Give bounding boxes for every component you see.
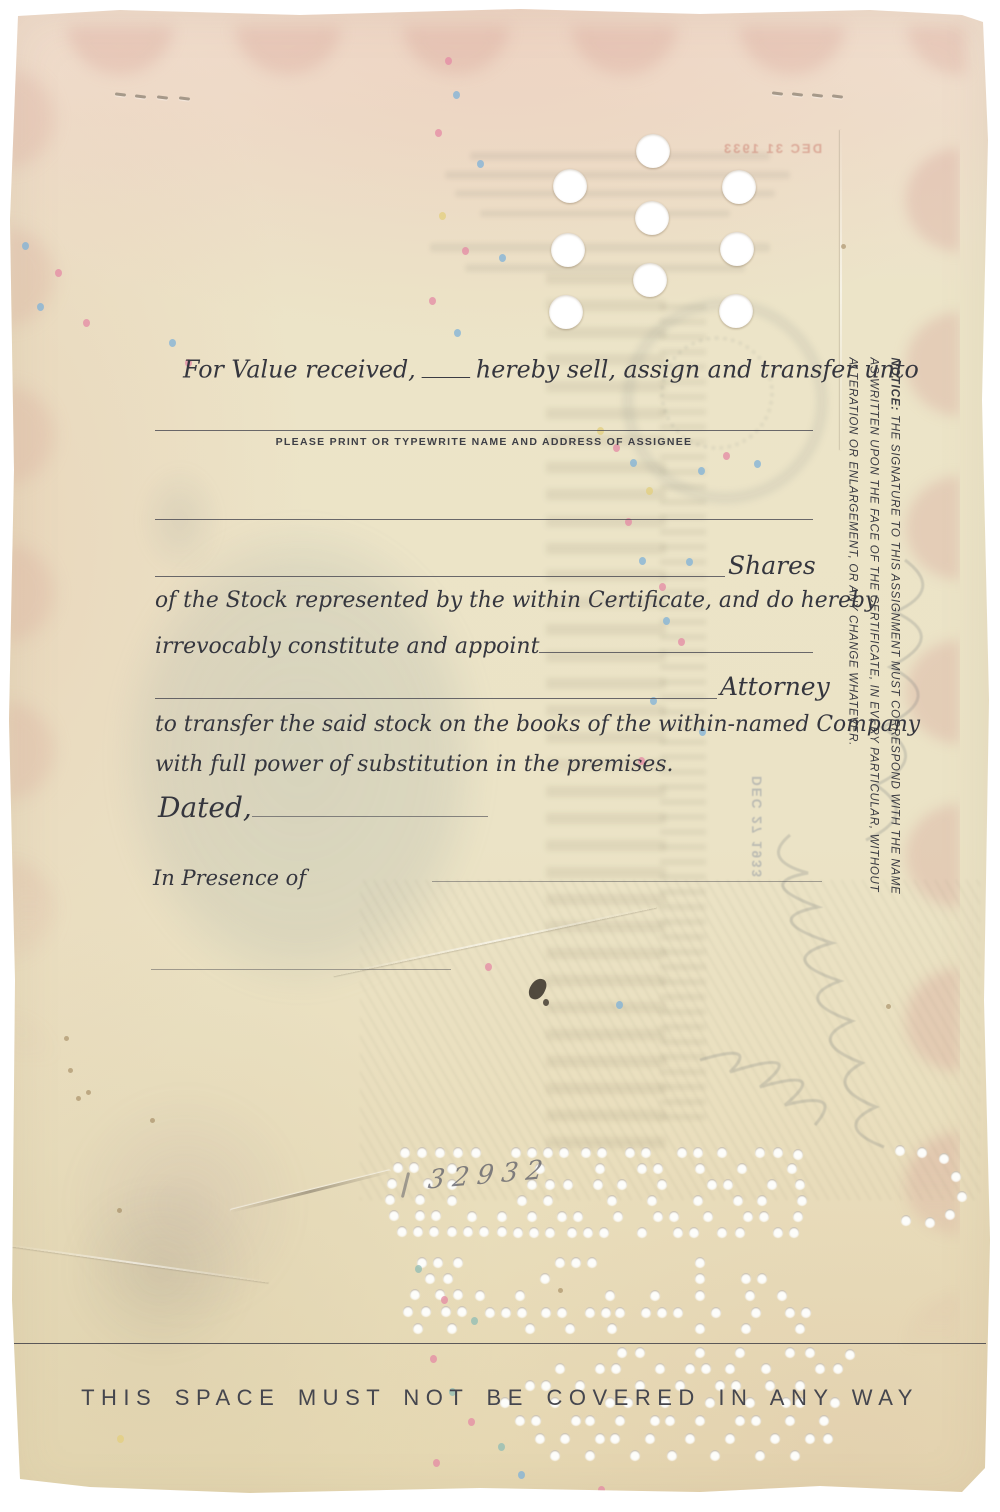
witness-label: In Presence of <box>153 866 306 890</box>
appoint-row: irrevocably constitute and appoint <box>155 630 813 659</box>
scanned-certificate-back: DEC 31 1933 DEC 27 1933 For Value receiv… <box>0 0 1000 1512</box>
certificate-paper: DEC 31 1933 DEC 27 1933 For Value receiv… <box>0 0 1000 1512</box>
ghost-date-stamp-top: DEC 31 1933 <box>722 141 822 156</box>
ghost-date-stamp-side: DEC 27 1933 <box>750 763 765 893</box>
assignee-caption: PLEASE PRINT OR TYPEWRITE NAME AND ADDRE… <box>155 436 813 448</box>
attorney-label: Attorney <box>720 672 830 701</box>
body-line-4: with full power of substitution in the p… <box>155 752 673 777</box>
footer-restriction: THIS SPACE MUST NOT BE COVERED IN ANY WA… <box>0 1385 1000 1411</box>
date-blank <box>252 788 488 817</box>
assignee-line-2 <box>155 519 813 520</box>
notice-prefix: NOTICE: <box>889 358 901 412</box>
name-blank <box>422 352 471 378</box>
dated-row: Dated, <box>158 788 488 824</box>
body-line-2: irrevocably constitute and appoint <box>155 634 539 659</box>
body-line-3: to transfer the said stock on the books … <box>155 712 920 737</box>
footer-rule <box>14 1343 986 1344</box>
signature-notice: NOTICE: THE SIGNATURE TO THIS ASSIGNMENT… <box>839 358 905 921</box>
witness-signature-line <box>151 969 451 970</box>
shares-label: Shares <box>728 551 816 580</box>
dated-label: Dated, <box>158 791 252 824</box>
opening-script: For Value received, <box>183 355 416 384</box>
body-line-1: of the Stock represented by the within C… <box>155 588 877 613</box>
shares-line <box>155 576 725 577</box>
notice-line-1: NOTICE: THE SIGNATURE TO THIS ASSIGNMENT… <box>884 358 905 921</box>
assignment-opening-line: For Value received,hereby sell, assign a… <box>183 352 919 384</box>
notice-line-3: ALTERATION OR ENLARGEMENT, OR ANY CHANGE… <box>842 358 863 921</box>
attorney-name-blank <box>539 630 813 653</box>
signature-line <box>432 881 822 882</box>
notice-line-2: AS WRITTEN UPON THE FACE OF THE CERTIFIC… <box>863 358 884 921</box>
attorney-line <box>155 698 717 699</box>
assignee-line-1 <box>155 430 813 431</box>
